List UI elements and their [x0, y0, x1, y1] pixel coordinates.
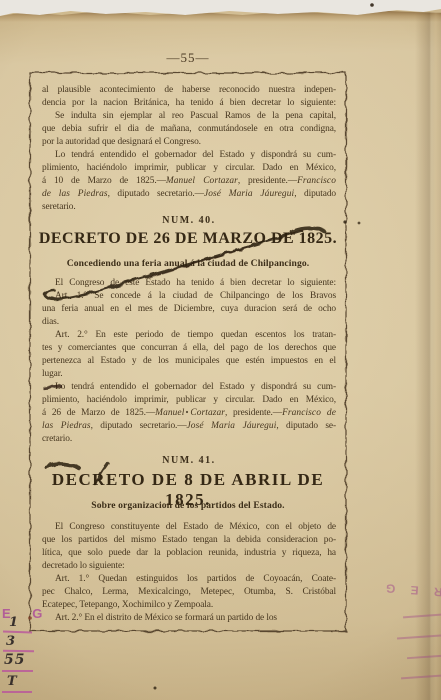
text-line: que debia sufrir el dia de mañana, conmu… — [42, 123, 336, 136]
decree41-body: El Congreso constituyente del Estado de … — [42, 521, 336, 625]
page-number: —55— — [30, 50, 346, 66]
text-line: una feria anual en el mes de Diciembre, … — [42, 303, 336, 316]
text-line: pec Chalco, Lerma, Mexicalcingo, Metepec… — [42, 586, 336, 599]
intro-paragraph: al plausible acontecimiento de haberse r… — [42, 84, 336, 214]
ink-dot — [370, 3, 374, 7]
text-line: dias. — [42, 316, 336, 329]
text-line: tes y comerciantes que concurran á ella,… — [42, 342, 336, 355]
text-line: cretario. — [42, 433, 336, 446]
text-line: por la autoridad que designará el Congre… — [42, 136, 336, 149]
decree40-number: NUM. 40. — [42, 215, 336, 226]
text-line: El Congreso de este Estado ha tenido á b… — [42, 277, 336, 290]
text-line: Art. 1.° Se concede á la ciudad de Chilp… — [42, 290, 336, 303]
text-line: Art. 1.° Quedan estinguidos los partidos… — [42, 573, 336, 586]
decree40-subtitle: Concediendo una feria anual á la ciudad … — [30, 258, 346, 269]
text-line: Lo tendrá entendido el gobernador del Es… — [42, 149, 336, 162]
text-line: decretado lo siguiente: — [42, 560, 336, 573]
decree41-number: NUM. 41. — [42, 455, 336, 466]
decree40-body: El Congreso de este Estado ha tenido á b… — [42, 277, 336, 446]
text-line: pertenezca al Estado y de los municipale… — [42, 355, 336, 368]
text-line: dencia por la nacion Británica, ha tenid… — [42, 97, 336, 110]
decree41-subtitle: Sobre organizacion de los partidos del E… — [30, 500, 346, 511]
handwritten-number: 55 — [4, 652, 25, 668]
text-line: á 10 de Marzo de 1825.—Manuel Cortazar, … — [42, 175, 336, 188]
text-line: Se indulta sin ejemplar al reo Pascual R… — [42, 110, 336, 123]
text-line: de las Piedras, diputado secretario.—Jos… — [42, 188, 336, 201]
text-line: Art. 2.° En el distrito de México se for… — [42, 612, 336, 625]
decree40-title: DECRETO DE 26 DE MARZO DE 1825. — [30, 230, 346, 248]
text-line: que los partidos del mismo Estado tengan… — [42, 534, 336, 547]
handwritten-number: T — [7, 674, 17, 689]
stamp-rule-line — [2, 670, 33, 672]
text-line: Ecatepec, Tetepango, Xochimilco y Zempoa… — [42, 599, 336, 612]
text-line: á 26 de Marzo de 1825.—Manuel Cortazar, … — [42, 407, 336, 420]
handwritten-number: 1 — [9, 615, 18, 630]
text-line: plimiento, haciéndolo imprimir, publicar… — [42, 162, 336, 175]
text-line: El Congreso constituyente del Estado de … — [42, 521, 336, 534]
text-line: Lo tendrá entendido el gobernador del Es… — [42, 381, 336, 394]
text-line: lugar. — [42, 368, 336, 381]
text-line: las Piedras, diputado secretario.—José M… — [42, 420, 336, 433]
stamp-rule-line — [2, 691, 32, 693]
text-line: lítica, que solo puede dar la poblacion … — [42, 547, 336, 560]
text-line: Art. 2.° En este periodo de tiempo queda… — [42, 329, 336, 342]
text-line: al plausible acontecimiento de haberse r… — [42, 84, 336, 97]
text-line: plimiento, haciéndolo imprimir, publicar… — [42, 394, 336, 407]
handwritten-number: 3 — [6, 634, 15, 649]
text-line: seretario. — [42, 201, 336, 214]
scanned-book-page: —55— al plausible acontecimiento de habe… — [0, 0, 441, 700]
